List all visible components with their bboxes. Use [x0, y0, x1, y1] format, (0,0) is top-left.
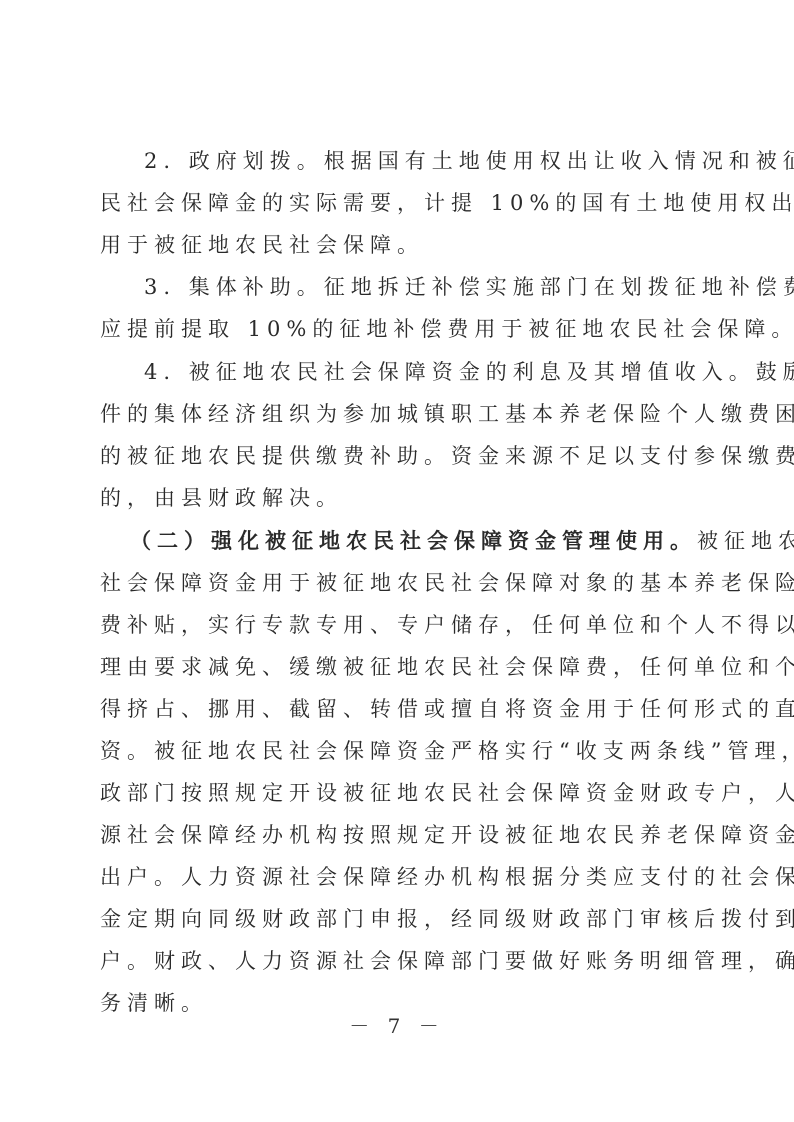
- section-heading-line: （二）强化被征地农民社会保障资金管理使用。被征地农民: [130, 520, 794, 562]
- paragraph-line: 社会保障资金用于被征地农民社会保障对象的基本养老保险缴: [100, 562, 794, 604]
- paragraph-line: 金定期向同级财政部门申报，经同级财政部门审核后拨付到支出: [100, 898, 794, 940]
- paragraph-line: 用于被征地农民社会保障。: [100, 224, 424, 266]
- paragraph-line: 的，由县财政解决。: [100, 477, 343, 519]
- page-number: － 7 －: [0, 1010, 794, 1039]
- paragraph-line: 4. 被征地农民社会保障资金的利息及其增值收入。鼓励有条: [144, 351, 794, 393]
- paragraph-line: 件的集体经济组织为参加城镇职工基本养老保险个人缴费困难: [100, 393, 794, 435]
- paragraph-line: 2. 政府划拨。根据国有土地使用权出让收入情况和被征地农: [144, 140, 794, 182]
- paragraph-text: 被征地农民: [697, 529, 794, 553]
- paragraph-line: 出户。人力资源社会保障经办机构根据分类应支付的社会保障资: [100, 856, 794, 898]
- section-heading: （二）强化被征地农民社会保障资金管理使用。: [130, 528, 697, 553]
- paragraph-line: 源社会保障经办机构按照规定开设被征地农民养老保障资金支: [100, 814, 794, 856]
- paragraph-line: 的被征地农民提供缴费补助。资金来源不足以支付参保缴费补贴: [100, 435, 794, 477]
- paragraph-line: 3. 集体补助。征地拆迁补偿实施部门在划拨征地补偿费时，: [144, 266, 794, 308]
- paragraph-line: 资。被征地农民社会保障资金严格实行“收支两条线”管理，财: [100, 730, 794, 772]
- paragraph-line: 应提前提取 10%的征地补偿费用于被征地农民社会保障。: [100, 308, 794, 350]
- paragraph-line: 理由要求减免、缓缴被征地农民社会保障费，任何单位和个人不: [100, 646, 794, 688]
- paragraph-line: 费补贴，实行专款专用、专户储存，任何单位和个人不得以任何: [100, 604, 794, 646]
- paragraph-line: 政部门按照规定开设被征地农民社会保障资金财政专户，人力资: [100, 772, 794, 814]
- paragraph-line: 户。财政、人力资源社会保障部门要做好账务明细管理，确保账: [100, 940, 794, 982]
- paragraph-line: 得挤占、挪用、截留、转借或擅自将资金用于任何形式的直接投: [100, 688, 794, 730]
- paragraph-line: 民社会保障金的实际需要，计提 10%的国有土地使用权出让收入: [100, 182, 794, 224]
